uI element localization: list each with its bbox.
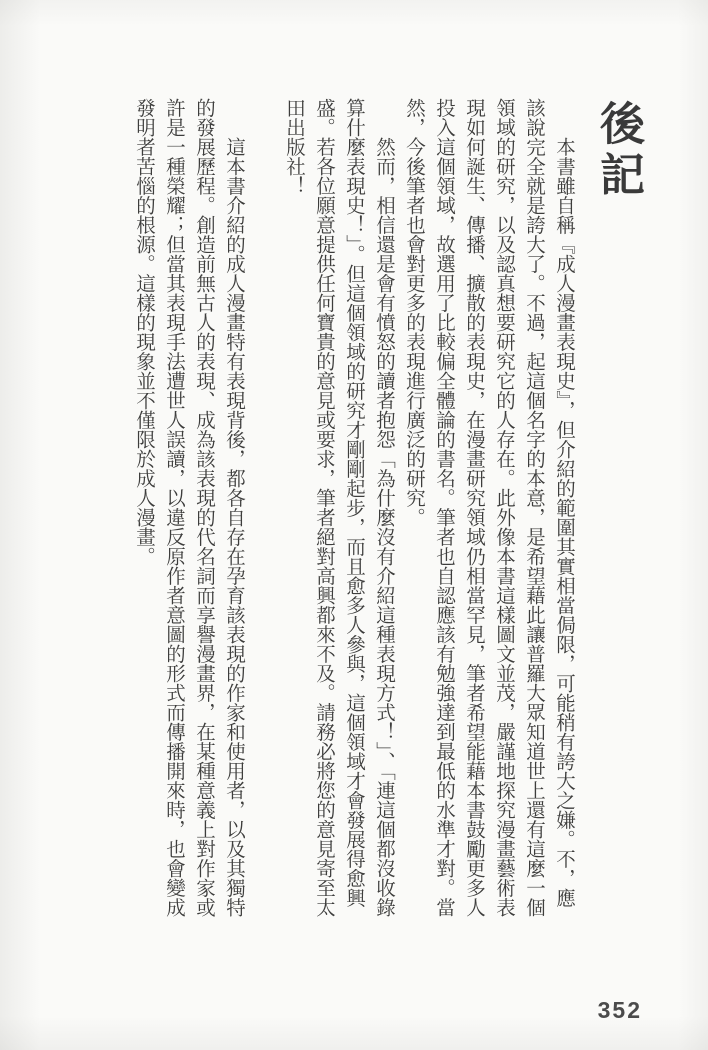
page-number: 352	[598, 997, 642, 1024]
paragraph-3: 這本書介紹的成人漫畫特有表現背後，都各自存在孕育該表現的作家和使用者，以及其獨特…	[128, 98, 248, 918]
page-title: 後記	[586, 100, 651, 202]
afterword-body: 本書雖自稱『成人漫畫表現史』，但介紹的範圍其實相當侷限，可能稍有誇大之嫌。不，應…	[128, 98, 578, 918]
book-page: 後記 本書雖自稱『成人漫畫表現史』，但介紹的範圍其實相當侷限，可能稍有誇大之嫌。…	[0, 0, 708, 1050]
paragraph-2: 然而，相信還是會有憤怒的讀者抱怨「為什麼沒有介紹這種表現方式！」、「連這個都沒收…	[278, 98, 398, 918]
paragraph-1: 本書雖自稱『成人漫畫表現史』，但介紹的範圍其實相當侷限，可能稍有誇大之嫌。不，應…	[398, 98, 578, 918]
